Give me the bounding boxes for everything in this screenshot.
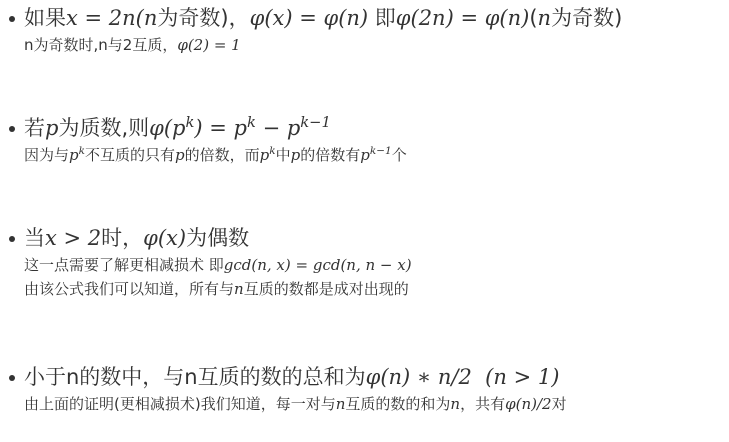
item-heading: 如果x = 2n(n为奇数)，φ(x) = φ(n) 即φ(2n) = φ(n)…	[0, 3, 729, 33]
list-item-even-totient: 当x > 2时，φ(x)为偶数 这一点需要了解更相减损术 即gcd(n, x) …	[0, 223, 729, 301]
formula: φ(2) = 1	[177, 36, 240, 54]
list-item-prime-power: 若p为质数,则φ(pk) = pk − pk−1 因为与pk不互质的只有p的倍数…	[0, 113, 729, 167]
formula: φ(pk) = pk − pk−1	[149, 116, 331, 140]
item-heading: 当x > 2时，φ(x)为偶数	[0, 223, 729, 253]
note-text: 对	[552, 395, 567, 413]
heading-text: 当	[24, 226, 45, 250]
heading-text: 即	[368, 6, 396, 30]
list-item-odd-multiple: 如果x = 2n(n为奇数)，φ(x) = φ(n) 即φ(2n) = φ(n)…	[0, 3, 729, 57]
heading-text: 为质数,则	[58, 116, 149, 140]
formula: p	[45, 116, 58, 140]
note-text: ，共有	[460, 395, 505, 413]
formula: φ(x) = φ(n)	[250, 6, 369, 30]
bullet-icon	[9, 375, 15, 381]
item-note: 这一点需要了解更相减损术 即gcd(n, x) = gcd(n, n − x)	[0, 253, 729, 277]
heading-text: 如果	[24, 6, 66, 30]
heading-text: 为偶数	[186, 226, 249, 250]
item-note: 由该公式我们可以知道，所有与n互质的数都是成对出现的	[0, 277, 729, 301]
formula: gcd(n, x) = gcd(n, n − x)	[224, 256, 412, 274]
formula: pk	[260, 146, 276, 164]
item-note: 因为与pk不互质的只有p的倍数，而pk中p的倍数有pk−1个	[0, 143, 729, 167]
formula: φ(2n) = φ(n)	[396, 6, 530, 30]
bullet-icon	[9, 126, 15, 132]
formula: n	[336, 395, 346, 413]
bullet-icon	[9, 16, 15, 22]
formula: x = 2n(n	[66, 6, 157, 30]
note-text: 因为与	[24, 146, 69, 164]
heading-text: 为奇数)	[551, 6, 622, 30]
formula: pk	[69, 146, 85, 164]
note-text: 的倍数，而	[185, 146, 260, 164]
formula: pk−1	[360, 146, 391, 164]
item-heading: 小于n的数中，与n互质的数的总和为φ(n) ∗ n/2 (n > 1)	[0, 362, 729, 392]
note-text: 这一点需要了解更相减损术 即	[24, 256, 224, 274]
heading-text: 为奇数)，	[157, 6, 249, 30]
formula: φ(x)	[143, 226, 186, 250]
note-text: 个	[392, 146, 407, 164]
list-item-coprime-sum: 小于n的数中，与n互质的数的总和为φ(n) ∗ n/2 (n > 1) 由上面的…	[0, 362, 729, 416]
formula: n	[538, 6, 552, 30]
formula: p	[175, 146, 185, 164]
heading-text: 时，	[101, 226, 143, 250]
heading-text: 若	[24, 116, 45, 140]
heading-text: (	[529, 6, 537, 30]
note-text: 的倍数有	[300, 146, 360, 164]
note-text: 不互质的只有	[85, 146, 175, 164]
note-text: n为奇数时,n与2互质，	[24, 36, 177, 54]
bullet-icon	[9, 236, 15, 242]
item-note: 由上面的证明(更相减损术)我们知道，每一对与n互质的数的和为n，共有φ(n)/2…	[0, 392, 729, 416]
formula: φ(n)/2	[505, 395, 551, 413]
formula: x > 2	[45, 226, 101, 250]
note-text: 由该公式我们可以知道，所有与	[24, 280, 234, 298]
formula: p	[291, 146, 301, 164]
note-text: 互质的数都是成对出现的	[244, 280, 409, 298]
item-note: n为奇数时,n与2互质，φ(2) = 1	[0, 33, 729, 57]
formula: φ(n) ∗ n/2 (n > 1)	[366, 365, 560, 389]
note-text: 由上面的证明(更相减损术)我们知道，每一对与	[24, 395, 336, 413]
note-text: 互质的数的和为	[345, 395, 450, 413]
note-text: 中	[276, 146, 291, 164]
item-heading: 若p为质数,则φ(pk) = pk − pk−1	[0, 113, 729, 143]
formula: n	[234, 280, 244, 298]
heading-text: 小于n的数中，与n互质的数的总和为	[24, 365, 366, 389]
formula: n	[450, 395, 460, 413]
